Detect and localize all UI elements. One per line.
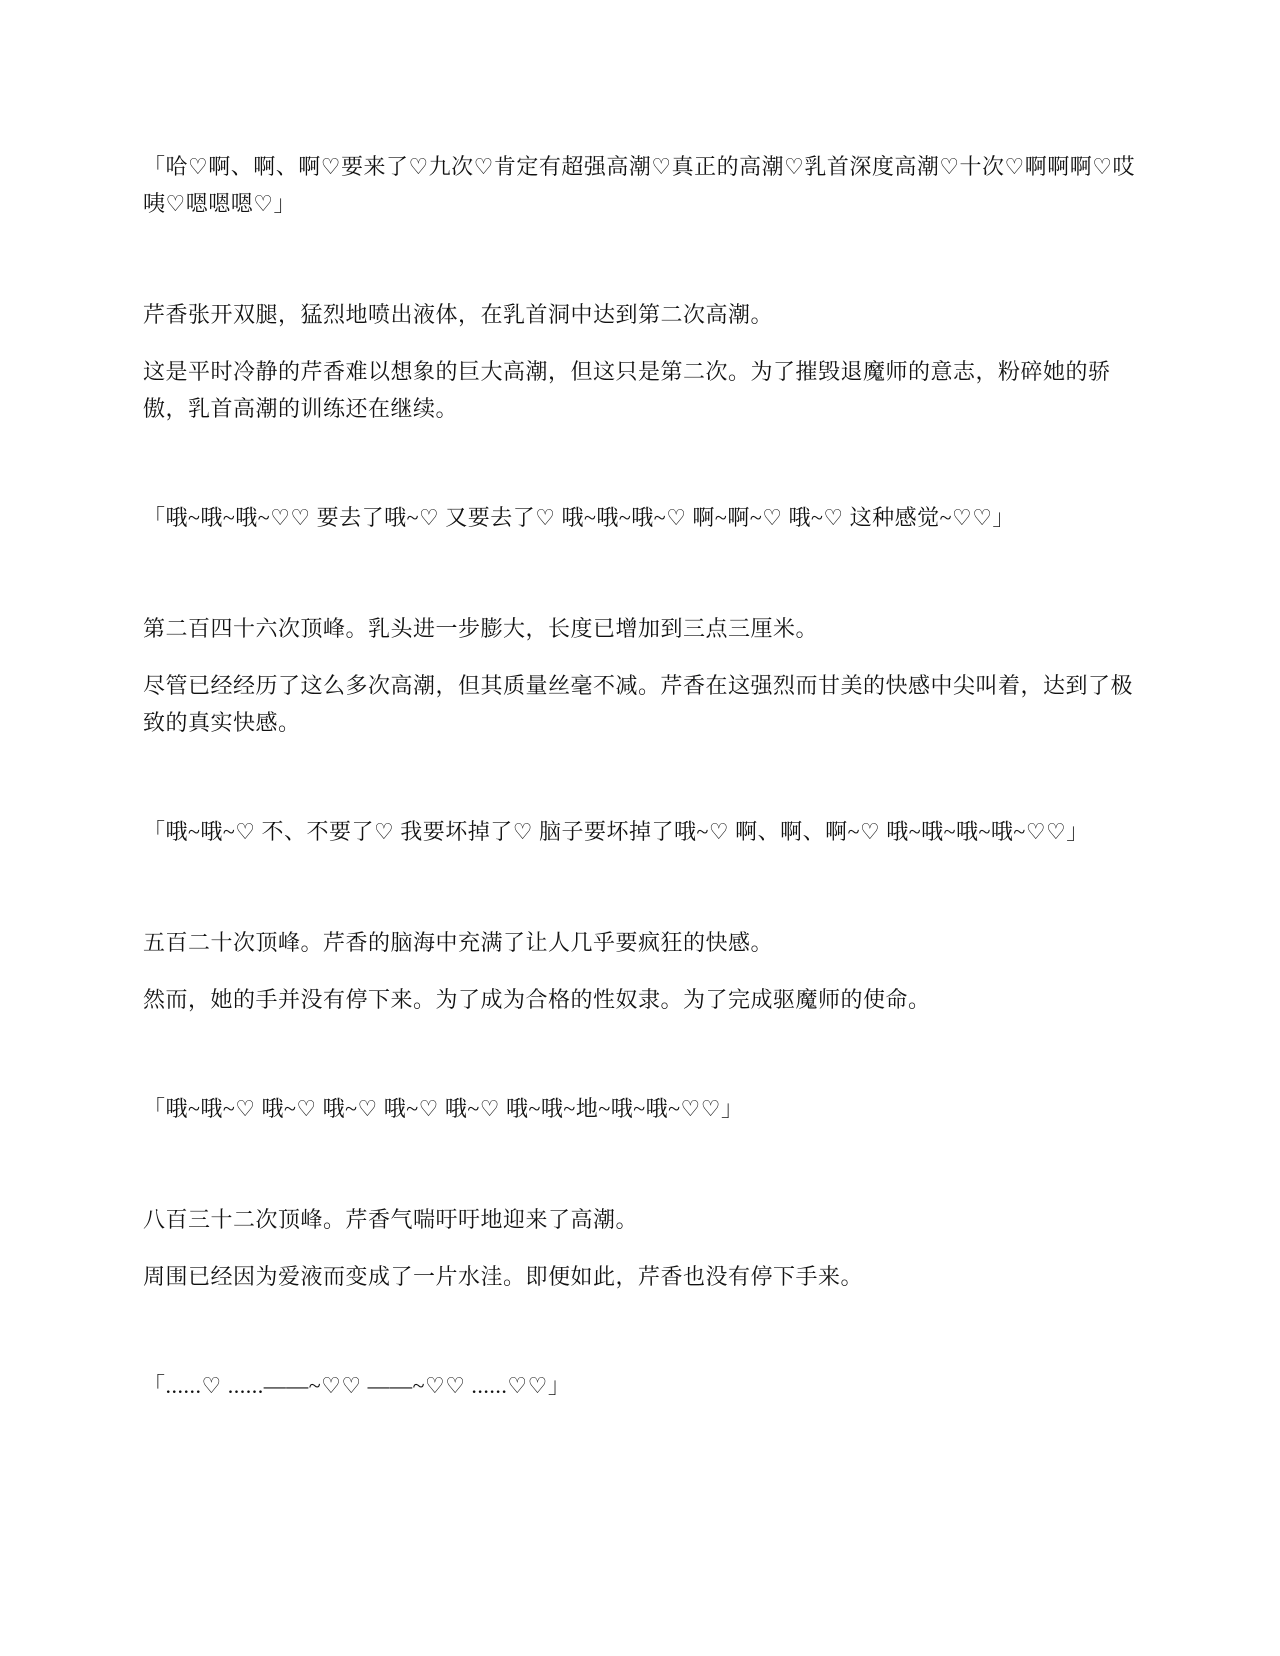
narration-paragraph-2: 这是平时冷静的芹香难以想象的巨大高潮，但这只是第二次。为了摧毁退魔师的意志，粉碎… bbox=[143, 353, 1138, 427]
quote-line-5: 「......♡ ......——~♡♡ ——~♡♡ ......♡♡」 bbox=[143, 1367, 1138, 1404]
quote-line-2: 「哦~哦~哦~♡♡ 要去了哦~♡ 又要去了♡ 哦~哦~哦~♡ 啊~啊~♡ 哦~♡… bbox=[143, 499, 1138, 536]
narration-paragraph-6: 然而，她的手并没有停下来。为了成为合格的性奴隶。为了完成驱魔师的使命。 bbox=[143, 981, 1138, 1018]
narration-paragraph-4: 尽管已经经历了这么多次高潮，但其质量丝毫不减。芹香在这强烈而甘美的快感中尖叫着，… bbox=[143, 667, 1138, 741]
document-page: 「哈♡啊、啊、啊♡要来了♡九次♡肯定有超强高潮♡真正的高潮♡乳首深度高潮♡十次♡… bbox=[0, 0, 1280, 1656]
narration-paragraph-5: 五百二十次顶峰。芹香的脑海中充满了让人几乎要疯狂的快感。 bbox=[143, 924, 1138, 961]
quote-line-3: 「哦~哦~♡ 不、不要了♡ 我要坏掉了♡ 脑子要坏掉了哦~♡ 啊、啊、啊~♡ 哦… bbox=[143, 813, 1138, 850]
narration-paragraph-1: 芹香张开双腿，猛烈地喷出液体，在乳首洞中达到第二次高潮。 bbox=[143, 296, 1138, 333]
quote-line-4: 「哦~哦~♡ 哦~♡ 哦~♡ 哦~♡ 哦~♡ 哦~哦~地~哦~哦~♡♡」 bbox=[143, 1090, 1138, 1127]
narration-paragraph-3: 第二百四十六次顶峰。乳头进一步膨大，长度已增加到三点三厘米。 bbox=[143, 610, 1138, 647]
narration-paragraph-8: 周围已经因为爱液而变成了一片水洼。即便如此，芹香也没有停下手来。 bbox=[143, 1258, 1138, 1295]
narration-paragraph-7: 八百三十二次顶峰。芹香气喘吁吁地迎来了高潮。 bbox=[143, 1201, 1138, 1238]
quote-line-1: 「哈♡啊、啊、啊♡要来了♡九次♡肯定有超强高潮♡真正的高潮♡乳首深度高潮♡十次♡… bbox=[143, 148, 1138, 222]
